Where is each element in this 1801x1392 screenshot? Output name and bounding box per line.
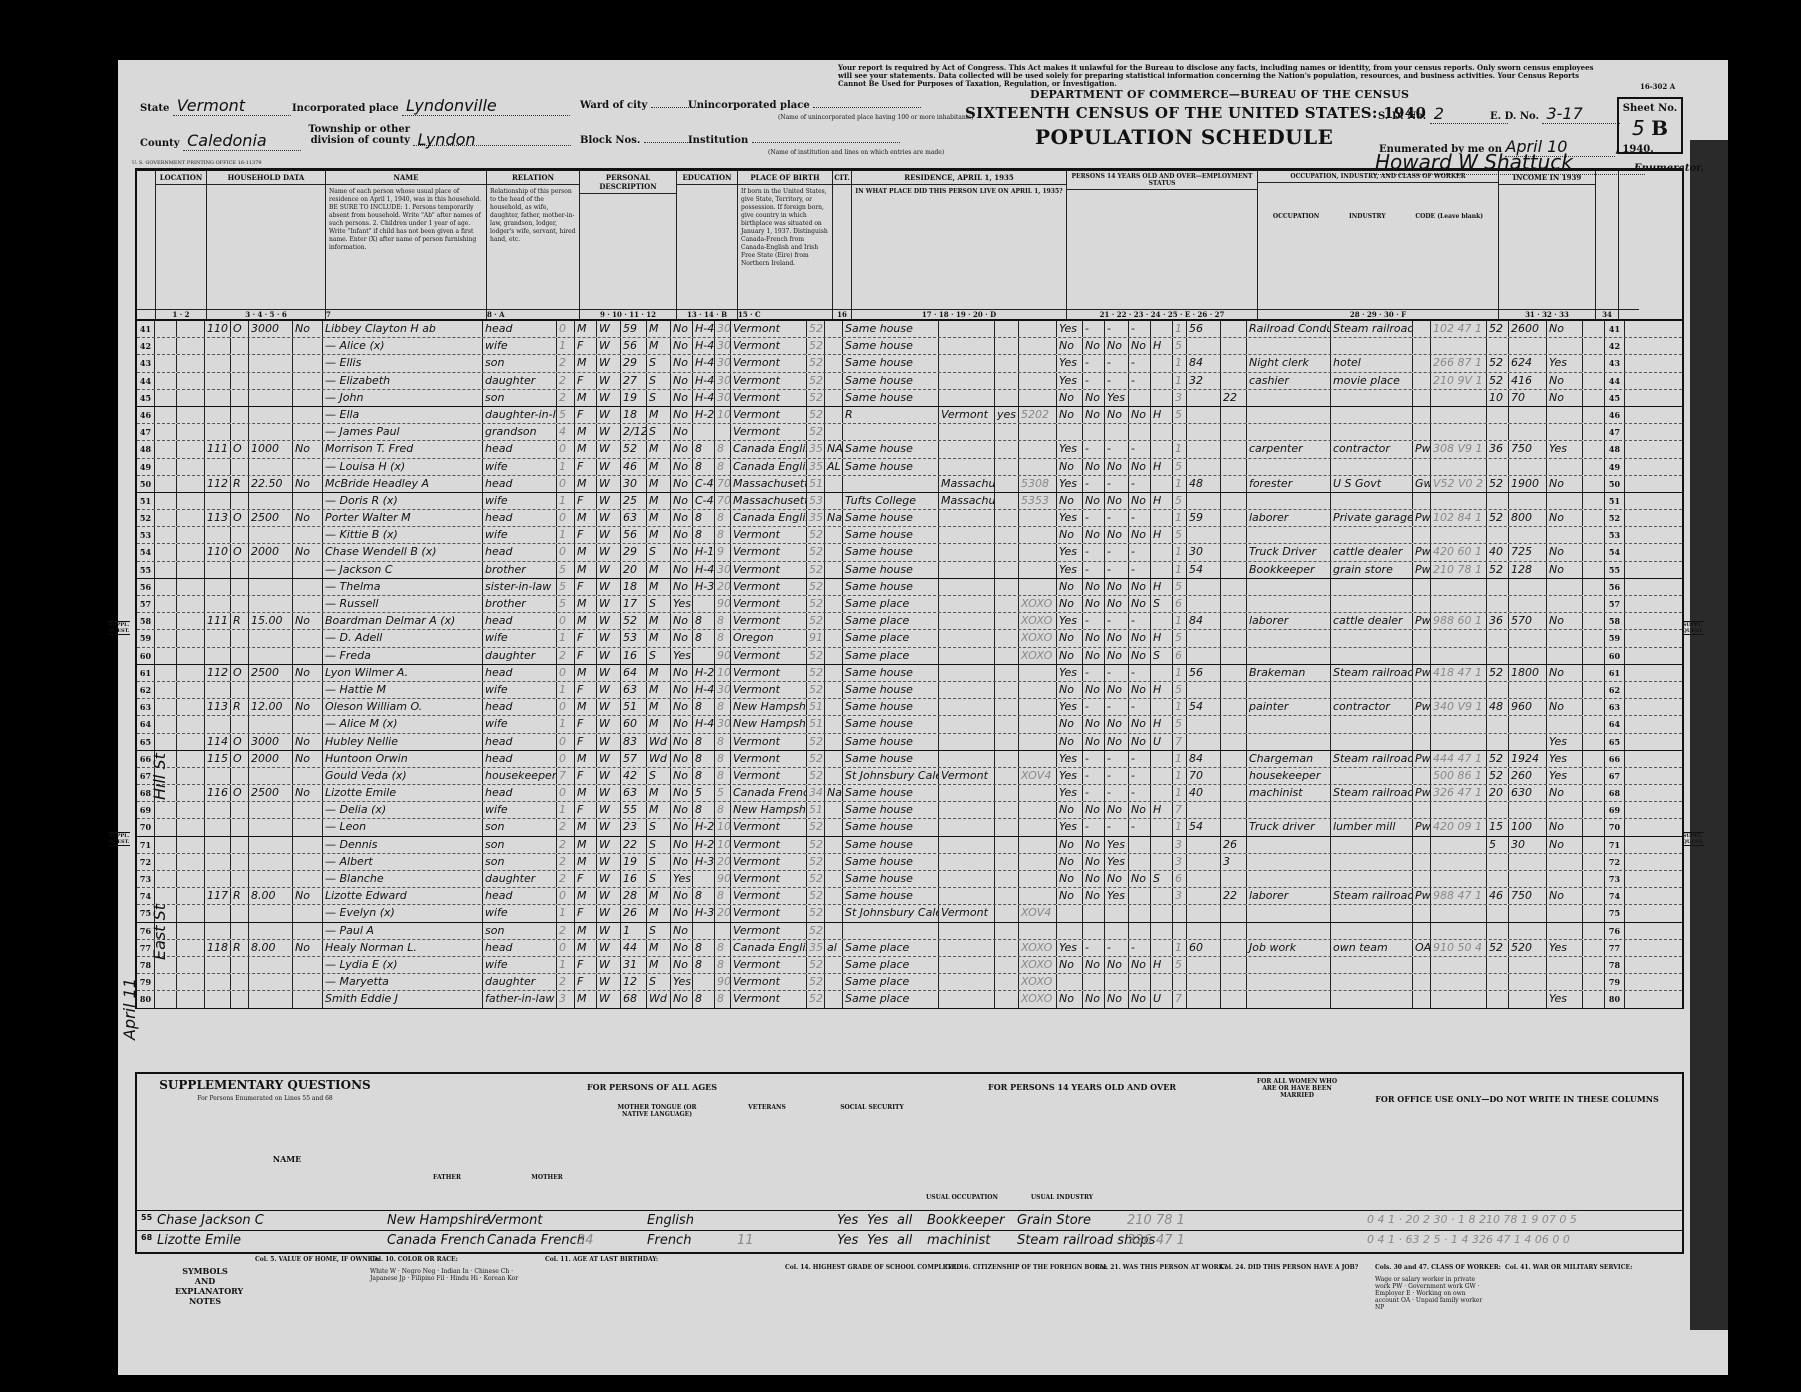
cell-res_state: [939, 854, 995, 870]
cell-code_d: [1019, 923, 1057, 939]
cell-ind: hotel: [1331, 355, 1413, 371]
cell-sch: No: [671, 699, 693, 715]
cell-e: 1: [1173, 321, 1187, 337]
cell-house: 113: [205, 699, 231, 715]
cell-own: [231, 768, 249, 784]
cell-34: [1583, 802, 1605, 818]
cell-code_a: 0: [557, 665, 575, 681]
cell-name: Hubley Nellie: [323, 734, 483, 750]
cell-grade: H-3: [693, 905, 715, 921]
cell-farm: No: [293, 665, 323, 681]
cell-wages: [1509, 957, 1547, 973]
cell-own: R: [231, 476, 249, 492]
cell-occ: laborer: [1247, 613, 1331, 629]
cell-age: 18: [621, 579, 647, 595]
cell-farm: [293, 871, 323, 887]
county-field: County Caledonia: [140, 131, 301, 151]
cell-own: [231, 630, 249, 646]
cell-house: [205, 716, 231, 732]
cell-res: Same place: [843, 940, 939, 956]
cell-code_a: 2: [557, 373, 575, 389]
cell-line: 74: [137, 888, 155, 904]
cell-c27: 26: [1221, 837, 1247, 853]
cell-other: [1547, 648, 1583, 664]
table-row: 65114O3000NoHubley Nelliehead0FW83WdNo88…: [137, 734, 1682, 751]
cell-farm: [293, 355, 323, 371]
cell-street: [155, 837, 177, 853]
cell-grade: 5: [693, 785, 715, 801]
cell-c21: No: [1057, 527, 1083, 543]
cell-c27: [1221, 544, 1247, 560]
cell-code_d: [1019, 734, 1057, 750]
cell-e: 1: [1173, 751, 1187, 767]
cell-cit: [825, 957, 843, 973]
cell-weeks: [1487, 424, 1509, 440]
cell-house: [205, 390, 231, 406]
cell-grade: 8: [693, 802, 715, 818]
cell-age: 30: [621, 476, 647, 492]
cell-other: No: [1547, 785, 1583, 801]
cell-age: 29: [621, 355, 647, 371]
supp-usual-occupation: machinist: [927, 1233, 990, 1248]
cell-code_a: 5: [557, 596, 575, 612]
cell-grade: H-2: [693, 407, 715, 423]
cell-grade: H-4: [693, 373, 715, 389]
table-row: 79— Maryettadaughter2FW12SYes90Vermont52…: [137, 974, 1682, 991]
cell-34: [1583, 424, 1605, 440]
cell-c25: [1151, 854, 1173, 870]
cell-age: 46: [621, 459, 647, 475]
cell-code_d: [1019, 802, 1057, 818]
county-value: Caledonia: [183, 131, 301, 151]
cell-c23: No: [1105, 407, 1129, 423]
cell-e: 1: [1173, 768, 1187, 784]
cell-value: [249, 837, 293, 853]
cell-ind: [1331, 974, 1413, 990]
cell-ms: M: [647, 957, 671, 973]
cell-code_f: [1431, 493, 1487, 509]
cell-ind: [1331, 407, 1413, 423]
cell-e: [1173, 974, 1187, 990]
cell-sch: No: [671, 957, 693, 973]
cell-code_f: 210 78 1: [1431, 562, 1487, 578]
cell-wages: [1509, 682, 1547, 698]
cell-code_a: 0: [557, 699, 575, 715]
cell-own: [231, 493, 249, 509]
cell-line: 47: [137, 424, 155, 440]
cell-ind: [1331, 923, 1413, 939]
cell-c23: Yes: [1105, 888, 1129, 904]
cell-code_d: [1019, 390, 1057, 406]
cell-res: Same place: [843, 613, 939, 629]
cell-sex: M: [575, 940, 597, 956]
cell-age: 31: [621, 957, 647, 973]
cell-race: W: [597, 321, 621, 337]
cell-sch: No: [671, 510, 693, 526]
cell-code_f: [1431, 630, 1487, 646]
cell-own: O: [231, 751, 249, 767]
cell-code_a: 0: [557, 476, 575, 492]
cell-street: [155, 871, 177, 887]
cell-cls: Pw: [1413, 751, 1431, 767]
table-row: 52113O2500NoPorter Walter Mhead0MW63MNo8…: [137, 510, 1682, 527]
cell-res_state: [939, 527, 995, 543]
cell-house: [205, 407, 231, 423]
cell-grade: 8: [693, 888, 715, 904]
cell-code_d: XOXO: [1019, 596, 1057, 612]
cell-cit: [825, 613, 843, 629]
cell-houseno: [177, 493, 205, 509]
cell-res: Same house: [843, 338, 939, 354]
cell-race: W: [597, 682, 621, 698]
cell-other: [1547, 596, 1583, 612]
cell-c22: -: [1083, 321, 1105, 337]
cell-c25: H: [1151, 957, 1173, 973]
cell-house: 111: [205, 613, 231, 629]
cell-value: [249, 527, 293, 543]
cell-code_c: 52: [807, 527, 825, 543]
cell-value: 8.00: [249, 888, 293, 904]
cell-code_d: 5308: [1019, 476, 1057, 492]
cell-c24: -: [1129, 476, 1151, 492]
cell-sex: M: [575, 321, 597, 337]
cell-e: 5: [1173, 579, 1187, 595]
cell-c23: -: [1105, 819, 1129, 835]
cell-ind: [1331, 957, 1413, 973]
cell-code_c: 52: [807, 579, 825, 595]
cell-code_d: [1019, 579, 1057, 595]
cell-occ: forester: [1247, 476, 1331, 492]
cell-sex: F: [575, 648, 597, 664]
cell-res_state: Vermont: [939, 407, 995, 423]
cell-c26: [1187, 716, 1221, 732]
cell-rel: head: [483, 751, 557, 767]
cell-rel: wife: [483, 459, 557, 475]
cell-line: 70: [1605, 819, 1625, 835]
cell-res: Same place: [843, 630, 939, 646]
cell-weeks: 10: [1487, 390, 1509, 406]
cell-street: [155, 888, 177, 904]
cell-birth: Vermont: [731, 648, 807, 664]
table-row: 67Gould Veda (x)housekeeper7FW42SNo88Ver…: [137, 768, 1682, 785]
cell-age: 63: [621, 785, 647, 801]
cell-street: [155, 596, 177, 612]
cell-farm: No: [293, 321, 323, 337]
cell-wages: [1509, 596, 1547, 612]
cell-weeks: 36: [1487, 441, 1509, 457]
cell-code_c: 52: [807, 544, 825, 560]
cell-ms: S: [647, 355, 671, 371]
cell-ind: own team: [1331, 940, 1413, 956]
cell-own: [231, 854, 249, 870]
cell-name: — Leon: [323, 819, 483, 835]
population-table: LOCATION1 · 2 HOUSEHOLD DATA3 · 4 · 5 · …: [135, 168, 1684, 1009]
cell-value: [249, 682, 293, 698]
cell-age: 26: [621, 905, 647, 921]
table-row: 56— Thelmasister-in-law5FW18MNoH-320Verm…: [137, 579, 1682, 596]
cell-street: [155, 390, 177, 406]
cell-c25: [1151, 751, 1173, 767]
cell-c23: -: [1105, 355, 1129, 371]
cell-race: W: [597, 837, 621, 853]
cell-res: [843, 424, 939, 440]
cell-house: 117: [205, 888, 231, 904]
cell-c25: H: [1151, 459, 1173, 475]
cell-code_d: [1019, 854, 1057, 870]
cell-34: [1583, 630, 1605, 646]
cell-farm35: [995, 699, 1019, 715]
sheet-number-box: Sheet No. 5 B: [1617, 97, 1683, 154]
cell-cls: [1413, 338, 1431, 354]
cell-farm: [293, 596, 323, 612]
cell-house: [205, 837, 231, 853]
cell-res: Same house: [843, 682, 939, 698]
cell-name: — Thelma: [323, 579, 483, 595]
table-row: 72— Albertson2MW19SNoH-320Vermont52Same …: [137, 854, 1682, 871]
cell-line: 41: [1605, 321, 1625, 337]
cell-farm: [293, 373, 323, 389]
cell-c23: -: [1105, 940, 1129, 956]
cell-res_state: [939, 682, 995, 698]
cell-street: [155, 630, 177, 646]
cell-houseno: [177, 665, 205, 681]
cell-code_d: XOXO: [1019, 940, 1057, 956]
cell-res_state: [939, 802, 995, 818]
cell-line: 49: [1605, 459, 1625, 475]
cell-sch: No: [671, 802, 693, 818]
cell-34: [1583, 648, 1605, 664]
cell-farm35: [995, 510, 1019, 526]
cell-res_state: [939, 991, 995, 1007]
cell-line: 65: [137, 734, 155, 750]
cell-c26: [1187, 338, 1221, 354]
cell-sex: F: [575, 905, 597, 921]
cell-weeks: 52: [1487, 355, 1509, 371]
cell-name: — Dennis: [323, 837, 483, 853]
cell-sch: No: [671, 321, 693, 337]
cell-c24: No: [1129, 991, 1151, 1007]
cell-cit: AL: [825, 459, 843, 475]
cell-cls: [1413, 493, 1431, 509]
cell-wages: 570: [1509, 613, 1547, 629]
cell-ind: Steam railroad: [1331, 665, 1413, 681]
cell-code_c: 52: [807, 613, 825, 629]
cell-house: [205, 905, 231, 921]
cell-cls: [1413, 957, 1431, 973]
cell-name: — Ella: [323, 407, 483, 423]
cell-wages: [1509, 854, 1547, 870]
cell-34: [1583, 562, 1605, 578]
cell-race: W: [597, 338, 621, 354]
cell-c21: Yes: [1057, 562, 1083, 578]
cell-c21: No: [1057, 802, 1083, 818]
cell-wages: [1509, 923, 1547, 939]
cell-code_b: 8: [715, 768, 731, 784]
cell-c26: 56: [1187, 665, 1221, 681]
cell-line: 45: [1605, 390, 1625, 406]
cell-code_f: [1431, 923, 1487, 939]
cell-street: [155, 991, 177, 1007]
cell-house: [205, 768, 231, 784]
cell-c26: [1187, 957, 1221, 973]
cell-code_a: 4: [557, 424, 575, 440]
cell-sex: M: [575, 476, 597, 492]
cell-birth: Canada English: [731, 510, 807, 526]
cell-farm35: [995, 630, 1019, 646]
cell-res: Same house: [843, 854, 939, 870]
cell-cit: [825, 596, 843, 612]
cell-rel: head: [483, 613, 557, 629]
cell-value: 8.00: [249, 940, 293, 956]
cell-street: [155, 819, 177, 835]
cell-c25: [1151, 905, 1173, 921]
cell-code_f: 444 47 1: [1431, 751, 1487, 767]
cell-age: 19: [621, 854, 647, 870]
cell-occ: cashier: [1247, 373, 1331, 389]
cell-code_d: [1019, 373, 1057, 389]
cell-code_d: XOV4: [1019, 768, 1057, 784]
cell-c27: [1221, 407, 1247, 423]
cell-rel: father-in-law: [483, 991, 557, 1007]
cell-code_a: 5: [557, 407, 575, 423]
cell-occ: [1247, 716, 1331, 732]
cell-sch: No: [671, 888, 693, 904]
cell-sex: F: [575, 630, 597, 646]
cell-cit: [825, 579, 843, 595]
cell-line: 44: [137, 373, 155, 389]
cell-c24: -: [1129, 785, 1151, 801]
cell-own: [231, 390, 249, 406]
cell-34: [1583, 390, 1605, 406]
cell-value: 22.50: [249, 476, 293, 492]
cell-own: [231, 957, 249, 973]
cell-c27: [1221, 459, 1247, 475]
cell-code_c: 52: [807, 562, 825, 578]
cell-c24: No: [1129, 459, 1151, 475]
cell-wages: 725: [1509, 544, 1547, 560]
cell-street: [155, 854, 177, 870]
cell-houseno: [177, 630, 205, 646]
cell-code_d: [1019, 682, 1057, 698]
cell-sch: No: [671, 665, 693, 681]
table-row: 51— Doris R (x)wife1FW25MNoC-470Massachu…: [137, 493, 1682, 510]
township-field: Township or other division of county Lyn…: [290, 124, 580, 146]
cell-res_state: [939, 373, 995, 389]
cell-ind: U S Govt: [1331, 476, 1413, 492]
cell-sex: M: [575, 751, 597, 767]
cell-birth: Vermont: [731, 407, 807, 423]
census-title: SIXTEENTH CENSUS OF THE UNITED STATES: 1…: [965, 104, 1426, 122]
cell-ms: S: [647, 596, 671, 612]
cell-code_f: [1431, 957, 1487, 973]
cell-birth: Vermont: [731, 373, 807, 389]
cell-ms: M: [647, 476, 671, 492]
cell-line: 73: [137, 871, 155, 887]
cell-res_state: [939, 699, 995, 715]
cell-ind: [1331, 871, 1413, 887]
cell-cls: Pw: [1413, 613, 1431, 629]
cell-value: [249, 905, 293, 921]
cell-occ: Bookkeeper: [1247, 562, 1331, 578]
cell-ind: Steam railroad shops: [1331, 751, 1413, 767]
cell-line: 72: [137, 854, 155, 870]
cell-birth: Vermont: [731, 974, 807, 990]
cell-ind: [1331, 991, 1413, 1007]
cell-birth: Vermont: [731, 544, 807, 560]
cell-c27: [1221, 699, 1247, 715]
cell-wages: [1509, 734, 1547, 750]
col-group-name: NAMEName of each person whose usual plac…: [326, 171, 487, 319]
cell-cls: [1413, 390, 1431, 406]
table-row: 54110O2000NoChase Wendell B (x)head0MW29…: [137, 544, 1682, 561]
cell-farm: [293, 837, 323, 853]
margin-note-street-east: East St: [150, 904, 169, 960]
cell-code_f: [1431, 854, 1487, 870]
cell-cit: [825, 321, 843, 337]
table-row: 63113R12.00NoOleson William O.head0MW51M…: [137, 699, 1682, 716]
cell-c21: No: [1057, 579, 1083, 595]
cell-code_f: [1431, 596, 1487, 612]
cell-farm35: [995, 837, 1019, 853]
cell-weeks: 15: [1487, 819, 1509, 835]
cell-line: 64: [1605, 716, 1625, 732]
cell-farm: No: [293, 613, 323, 629]
cell-c26: [1187, 579, 1221, 595]
cell-code_c: 52: [807, 390, 825, 406]
cell-c23: No: [1105, 459, 1129, 475]
cell-line: 74: [1605, 888, 1625, 904]
cell-code_d: [1019, 544, 1057, 560]
cell-c25: S: [1151, 648, 1173, 664]
cell-houseno: [177, 974, 205, 990]
cell-line: 54: [1605, 544, 1625, 560]
cell-c24: -: [1129, 441, 1151, 457]
cell-name: — Alice (x): [323, 338, 483, 354]
cell-c27: [1221, 441, 1247, 457]
cell-line: 68: [1605, 785, 1625, 801]
table-row: 45— Johnson2MW19SNoH-430Vermont52Same ho…: [137, 390, 1682, 407]
cell-code_c: 91: [807, 630, 825, 646]
cell-code_a: 0: [557, 613, 575, 629]
cell-ind: [1331, 424, 1413, 440]
cell-code_c: 52: [807, 923, 825, 939]
cell-c26: 30: [1187, 544, 1221, 560]
cell-value: [249, 630, 293, 646]
cell-code_f: 102 84 1: [1431, 510, 1487, 526]
cell-res: Same house: [843, 579, 939, 595]
cell-line: 65: [1605, 734, 1625, 750]
cell-line: 77: [1605, 940, 1625, 956]
cell-age: 19: [621, 390, 647, 406]
cell-code_d: [1019, 871, 1057, 887]
cell-code_f: 308 V9 1: [1431, 441, 1487, 457]
cell-street: [155, 734, 177, 750]
cell-cls: [1413, 854, 1431, 870]
cell-c22: No: [1083, 493, 1105, 509]
cell-name: — John: [323, 390, 483, 406]
cell-c26: [1187, 854, 1221, 870]
cell-cls: [1413, 682, 1431, 698]
cell-34: [1583, 493, 1605, 509]
cell-race: W: [597, 459, 621, 475]
cell-code_d: [1019, 527, 1057, 543]
cell-cls: [1413, 424, 1431, 440]
cell-line: 46: [1605, 407, 1625, 423]
cell-own: [231, 648, 249, 664]
cell-age: 12: [621, 974, 647, 990]
cell-other: [1547, 407, 1583, 423]
cell-houseno: [177, 802, 205, 818]
